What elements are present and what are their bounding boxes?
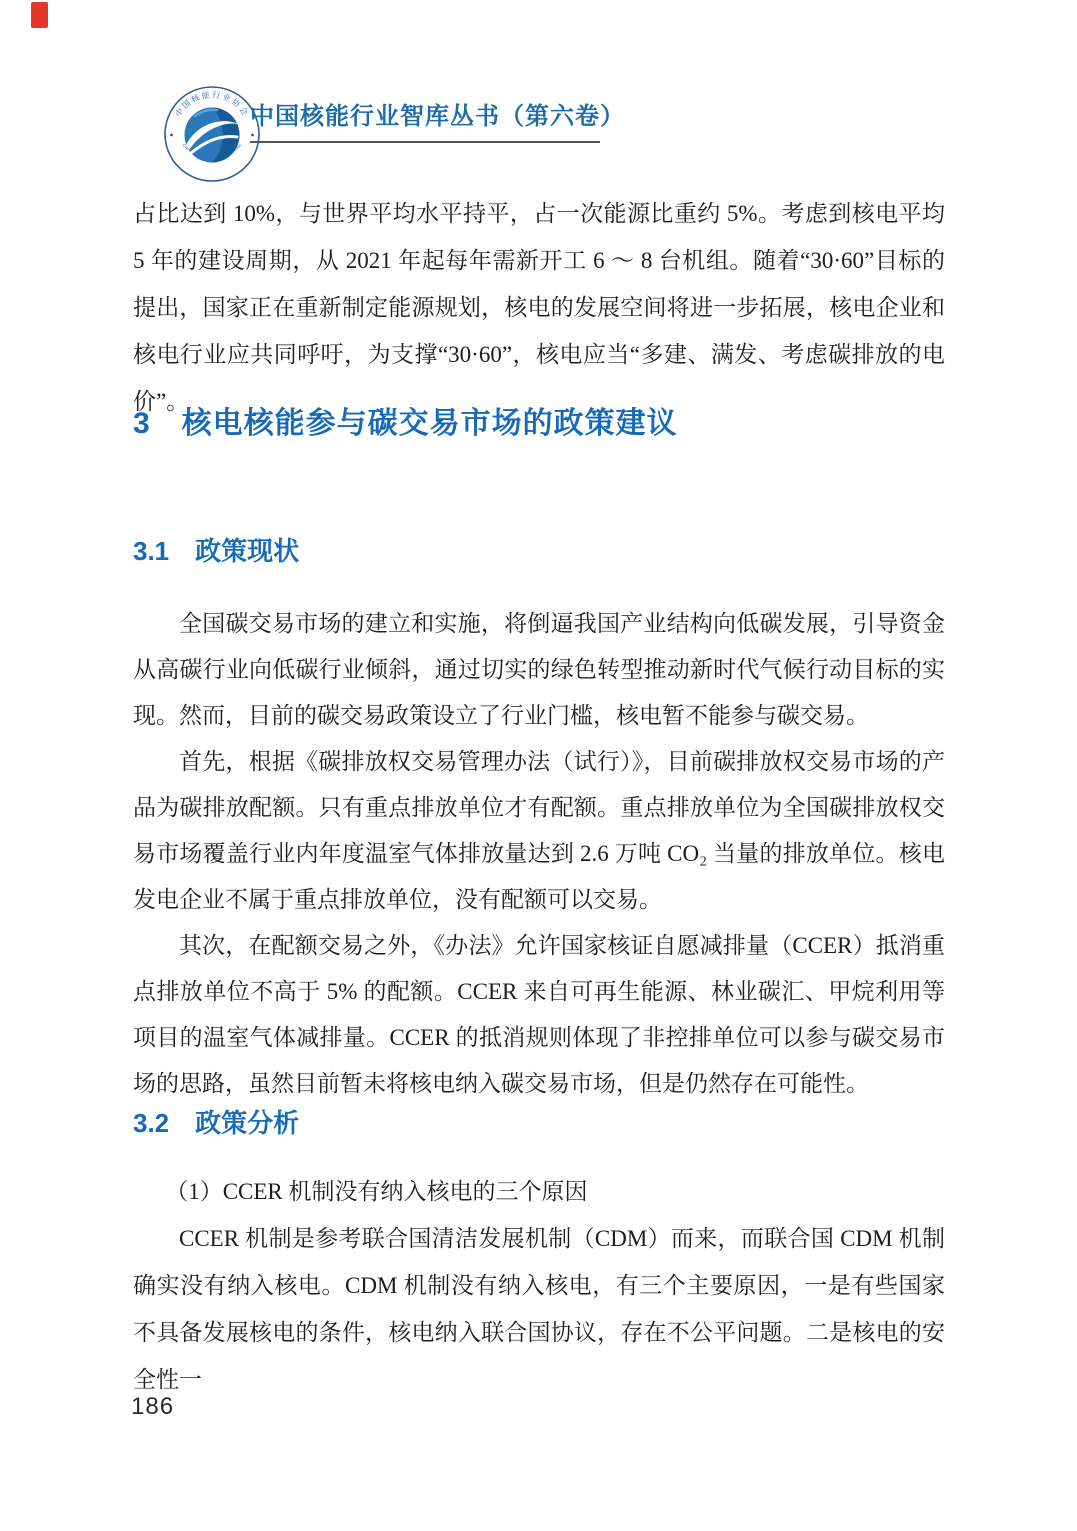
paragraph: 首先，根据《碳排放权交易管理办法（试行）》，目前碳排放权交易市场的产品为碳排放配… <box>133 739 945 923</box>
section-3-1-paragraphs: 全国碳交易市场的建立和实施，将倒逼我国产业结构向低碳发展，引导资金从高碳行业向低… <box>133 601 945 1107</box>
red-corner-marker <box>31 2 48 28</box>
section-3-heading: 3 核电核能参与碳交易市场的政策建议 <box>133 404 678 444</box>
book-page: 中国核能行业协会 China Nuclear Energy Associatio… <box>0 0 1077 1531</box>
paragraph: CCER 机制是参考联合国清洁发展机制（CDM）而来，而联合国 CDM 机制确实… <box>133 1215 945 1403</box>
section-3-1-heading: 3.1 政策现状 <box>133 534 299 568</box>
cnea-logo: 中国核能行业协会 China Nuclear Energy Associatio… <box>162 84 262 184</box>
paragraph: 其次，在配额交易之外，《办法》允许国家核证自愿减排量（CCER）抵消重点排放单位… <box>133 923 945 1107</box>
section-3-2-heading: 3.2 政策分析 <box>133 1106 299 1140</box>
paragraph: 全国碳交易市场的建立和实施，将倒逼我国产业结构向低碳发展，引导资金从高碳行业向低… <box>133 601 945 739</box>
header-underline <box>250 141 600 143</box>
intro-paragraph: 占比达到 10%，与世界平均水平持平，占一次能源比重约 5%。考虑到核电平均 5… <box>133 190 945 425</box>
numbered-item-1: （1）CCER 机制没有纳入核电的三个原因 <box>133 1168 945 1215</box>
logo-globe-swirl <box>185 108 240 163</box>
series-title: 中国核能行业智库丛书（第六卷） <box>250 100 670 134</box>
page-number: 186 <box>131 1392 174 1422</box>
logo-left-dot <box>170 134 173 137</box>
section-3-2-paragraphs: （1）CCER 机制没有纳入核电的三个原因 CCER 机制是参考联合国清洁发展机… <box>133 1168 945 1403</box>
logo-right-dot <box>251 134 254 137</box>
